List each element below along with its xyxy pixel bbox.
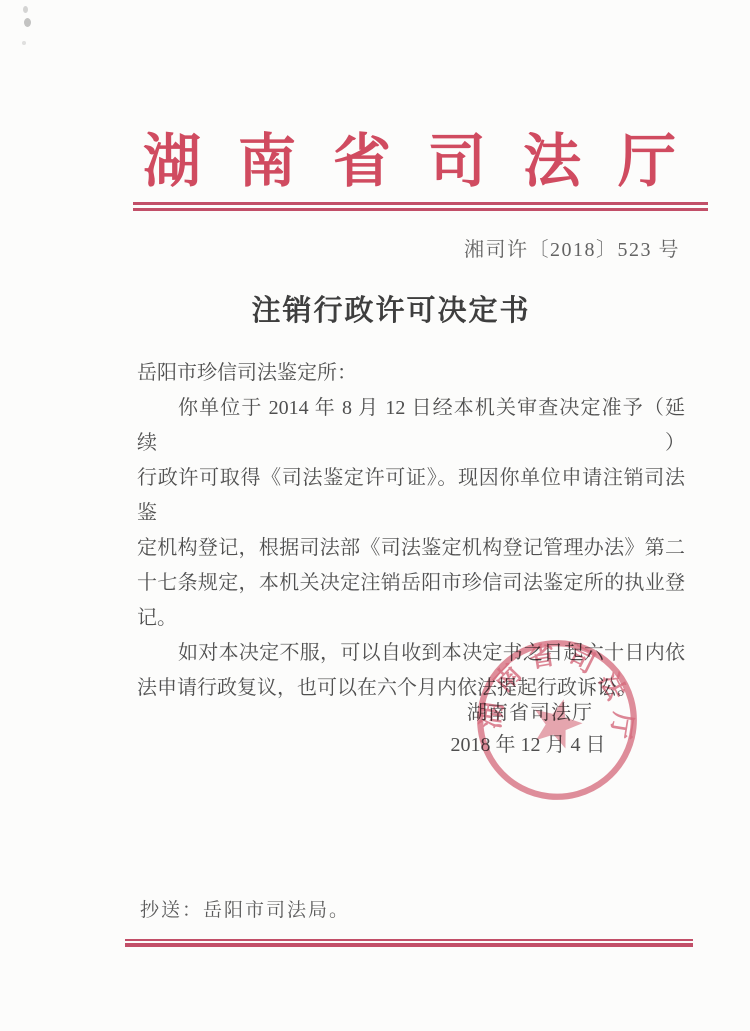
body-line: 定机构登记，根据司法部《司法鉴定机构登记管理办法》第二 xyxy=(137,531,685,566)
divider-line xyxy=(133,202,708,205)
scan-artifact-speck xyxy=(23,6,28,13)
scanned-official-document: 湖南省司法厅 湘司许〔2018〕523 号 注销行政许可决定书 岳阳市珍信司法鉴… xyxy=(0,0,750,1031)
divider-line xyxy=(125,939,693,941)
body-line: 十七条规定，本机关决定注销岳阳市珍信司法鉴定所的执业登 xyxy=(137,566,685,601)
footer-divider xyxy=(125,939,693,947)
divider-line xyxy=(133,208,708,211)
body-line: 记。 xyxy=(137,601,685,636)
document-number: 湘司许〔2018〕523 号 xyxy=(464,233,680,262)
seal-star-icon xyxy=(527,692,587,751)
scan-artifact-speck xyxy=(22,41,26,45)
scan-artifact-speck xyxy=(24,18,31,27)
letterhead-divider xyxy=(133,202,708,211)
cc-line: 抄送：岳阳市司法局。 xyxy=(140,895,350,922)
divider-line xyxy=(125,943,693,947)
document-title: 注销行政许可决定书 xyxy=(0,288,750,329)
body-line: 你单位于 2014 年 8 月 12 日经本机关审查决定准予（延续） xyxy=(137,391,685,461)
body-line: 行政许可取得《司法鉴定许可证》。现因你单位申请注销司法鉴 xyxy=(137,461,685,531)
recipient-line: 岳阳市珍信司法鉴定所： xyxy=(137,356,685,391)
official-red-seal: 湖南省司法厅 xyxy=(466,629,648,811)
letterhead-title: 湖南省司法厅 xyxy=(143,130,713,194)
